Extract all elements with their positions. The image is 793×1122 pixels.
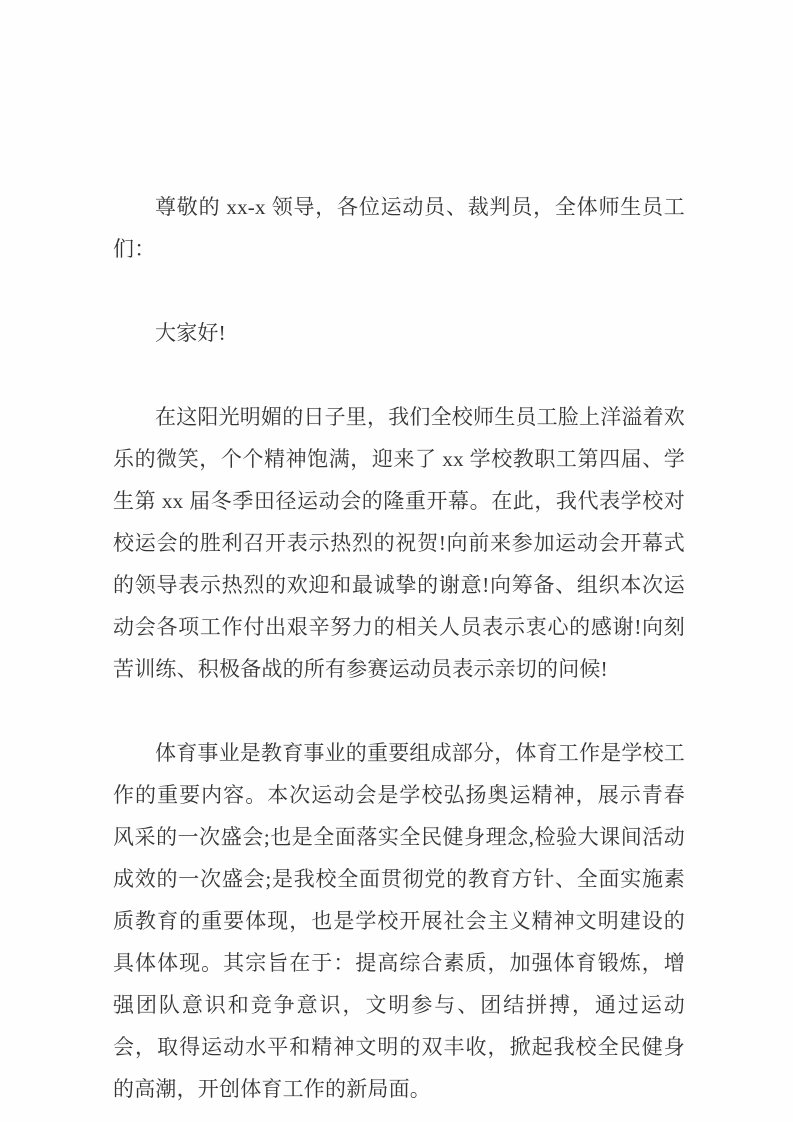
paragraph-greeting: 大家好! [113, 312, 685, 354]
document-page: 尊敬的 xx-x 领导，各位运动员、裁判员，全体师生员工们： 大家好! 在这阳光… [0, 0, 793, 1122]
paragraph-body-2: 体育事业是教育事业的重要组成部分，体育工作是学校工作的重要内容。本次运动会是学校… [113, 732, 685, 1110]
paragraph-salutation: 尊敬的 xx-x 领导，各位运动员、裁判员，全体师生员工们： [113, 186, 685, 270]
paragraph-body-1: 在这阳光明媚的日子里，我们全校师生员工脸上洋溢着欢乐的微笑，个个精神饱满，迎来了… [113, 396, 685, 690]
